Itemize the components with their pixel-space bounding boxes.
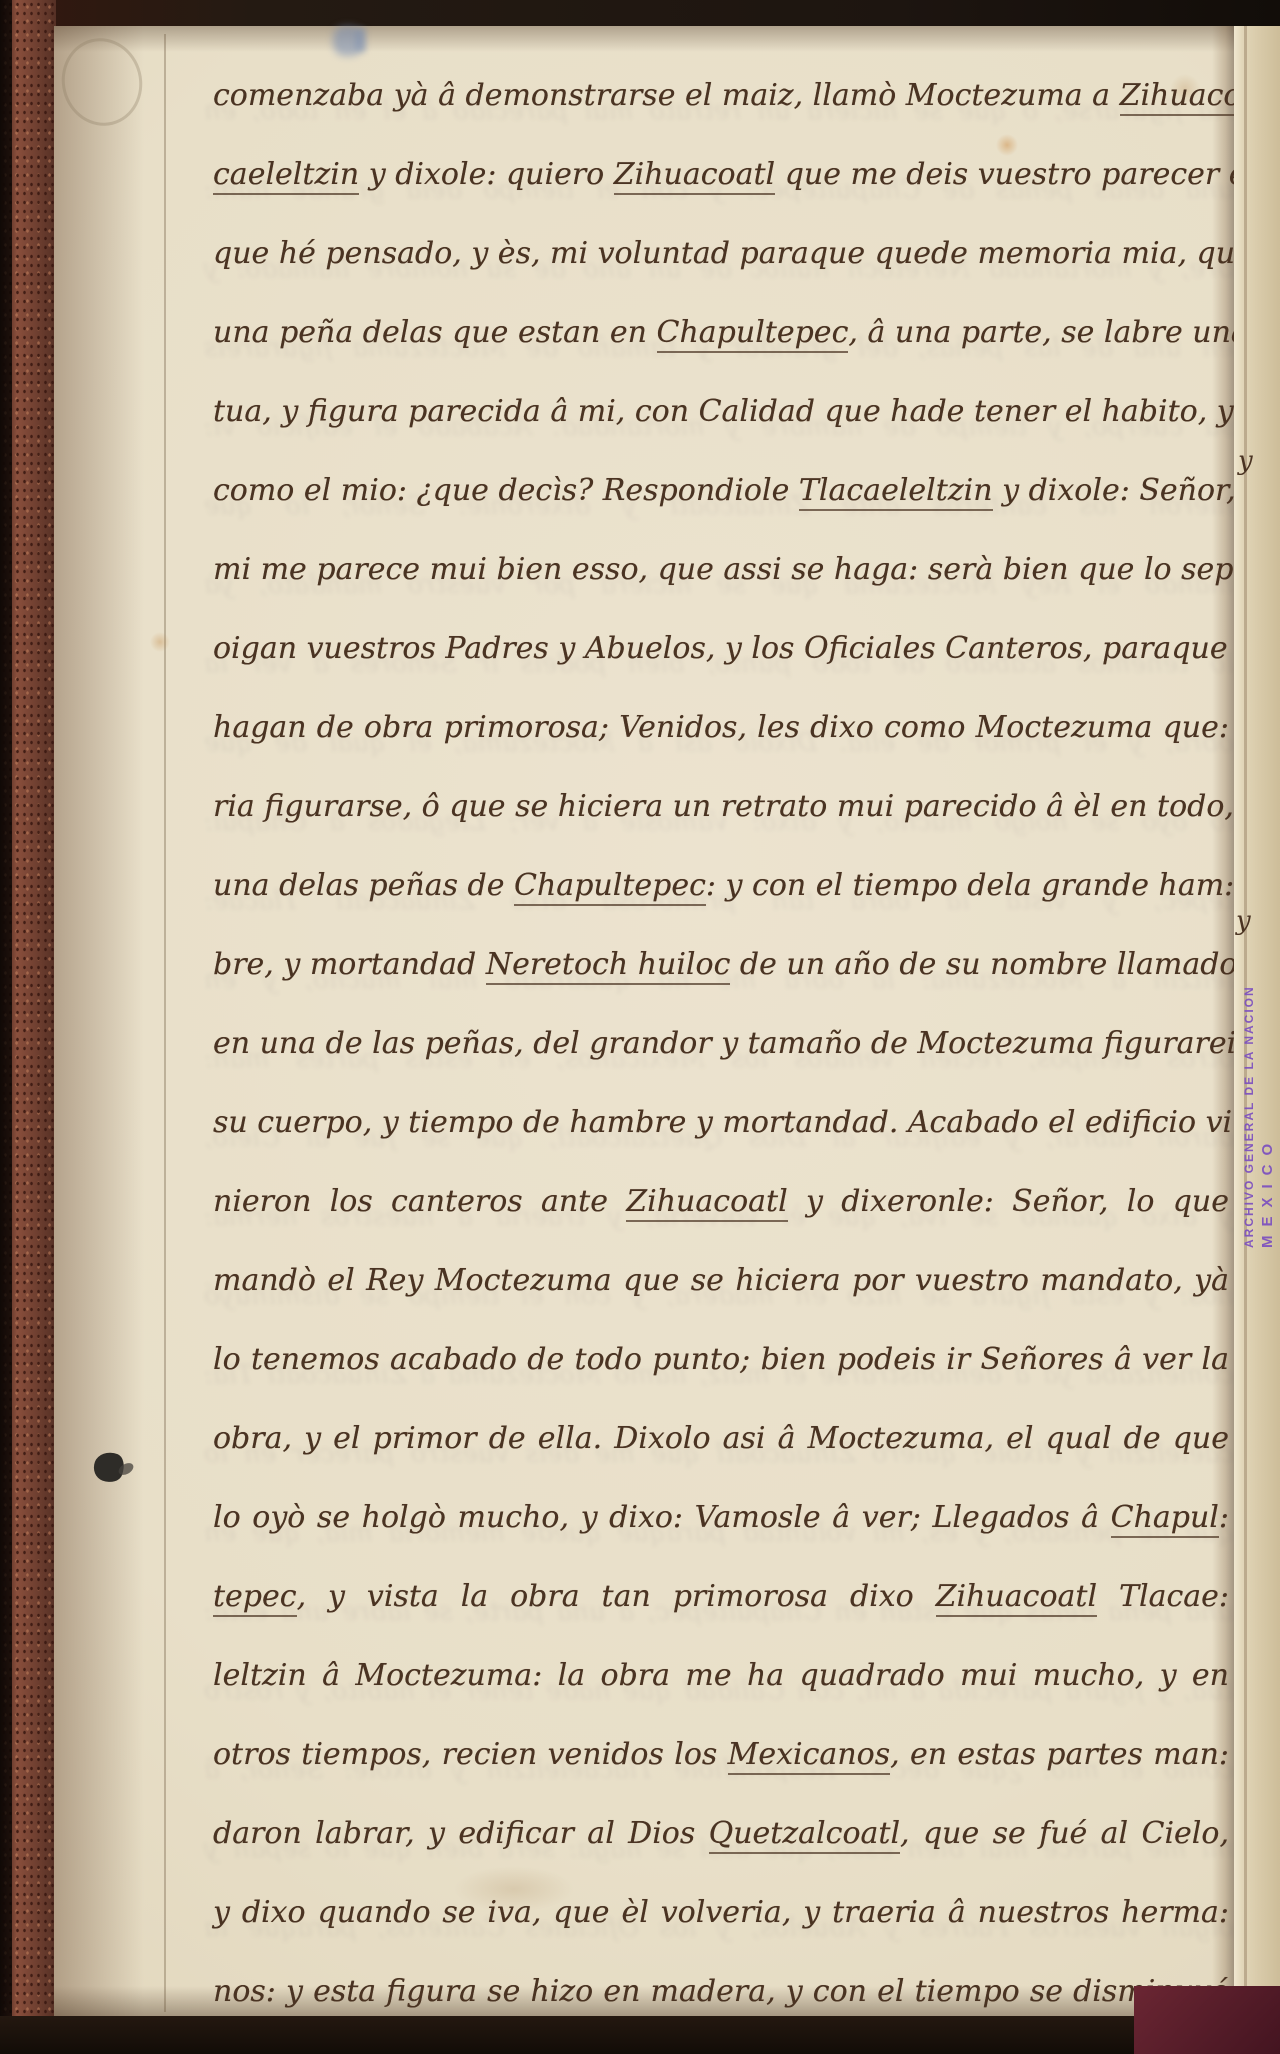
underlined-word: Chapultepec xyxy=(657,315,849,353)
archive-stamp-text: MEXICO xyxy=(1259,948,1276,1248)
manuscript-line: tepec, y vista la obra tan primorosa dix… xyxy=(213,1557,1229,1636)
manuscript-line: mandò el Rey Moctezuma que se hiciera po… xyxy=(213,1241,1229,1320)
manuscript-line: una peña delas que estan en Chapultepec,… xyxy=(213,293,1229,372)
paper-stain xyxy=(150,632,170,652)
text-segment: una peña delas que estan en xyxy=(213,315,657,350)
table-surface-top xyxy=(0,0,1280,27)
text-segment: que hé pensado, y ès, mi voluntad paraqu… xyxy=(213,236,1280,271)
manuscript-line: nos: y esta figura se hizo en madera, y … xyxy=(213,1952,1229,2031)
text-segment: y dixole: Señor, â xyxy=(993,473,1263,508)
text-segment: nieron los canteros ante xyxy=(213,1184,626,1219)
text-segment: , que se fué al Cielo, xyxy=(900,1816,1229,1851)
text-segment: leltzin â Moctezuma: la obra me ha quadr… xyxy=(213,1658,1229,1693)
text-segment: de un año de su nombre llamado: y xyxy=(730,947,1274,982)
text-segment: : xyxy=(1219,1500,1229,1535)
text-segment: : y con el tiempo dela grande ham: xyxy=(706,868,1234,903)
archive-stamp: ARCHIVO GENERAL DE LA NACION MEXICO xyxy=(1242,948,1280,1248)
text-segment: una delas peñas de xyxy=(213,868,514,903)
manuscript-line: hagan de obra primorosa; Venidos, les di… xyxy=(213,688,1229,767)
manuscript-line: como el mio: ¿que decìs? Respondiole Tla… xyxy=(213,451,1229,530)
underlined-word: Tlacaeleltzin xyxy=(799,473,993,511)
underlined-word: Mexicanos xyxy=(728,1737,890,1775)
text-segment: que me deis vuestro parecer en lo xyxy=(775,157,1280,192)
manuscript-line: mi me parece mui bien esso, que assi se … xyxy=(213,530,1229,609)
manuscript-line: que hé pensado, y ès, mi voluntad paraqu… xyxy=(213,214,1229,293)
text-segment: mi me parece mui bien esso, que assi se … xyxy=(213,552,1280,587)
underlined-word: Zihuacoatl xyxy=(626,1184,787,1222)
text-segment: ria figurarse, ô que se hiciera un retra… xyxy=(213,789,1280,824)
manuscript-line: tua, y figura parecida â mi, con Calidad… xyxy=(213,372,1229,451)
underlined-word: caeleltzin xyxy=(213,157,359,195)
manuscript-page: ria figurarse, ô que se hiciera un retra… xyxy=(54,26,1234,2020)
manuscript-line: ria figurarse, ô que se hiciera un retra… xyxy=(213,767,1229,846)
text-segment: oigan vuestros Padres y Abuelos, y los O… xyxy=(213,631,1265,666)
manuscript-line: lo oyò se holgò mucho, y dixo: Vamosle â… xyxy=(213,1478,1229,1557)
manuscript-photo: ria figurarse, ô que se hiciera un retra… xyxy=(0,0,1280,2054)
underlined-word: Chapul xyxy=(1111,1500,1219,1538)
manuscript-line: caeleltzin y dixole: quiero Zihuacoatl q… xyxy=(213,135,1229,214)
text-segment: hagan de obra primorosa; Venidos, les di… xyxy=(213,710,1229,745)
text-segment: , â una parte, se labre una esta: xyxy=(848,315,1280,350)
text-segment: obra, y el primor de ella. Dixolo asi â … xyxy=(213,1421,1229,1456)
adjacent-text-fragment: y xyxy=(1236,906,1251,936)
manuscript-line: su cuerpo, y tiempo de hambre y mortanda… xyxy=(213,1083,1229,1162)
adjacent-text-fragment: y xyxy=(1238,446,1253,476)
text-segment: Tlacae: xyxy=(1097,1579,1229,1614)
text-segment: nos: y esta figura se hizo en madera, y … xyxy=(213,1974,1229,2009)
book-cover-corner xyxy=(1134,1986,1280,2054)
underlined-word: tepec xyxy=(213,1579,297,1617)
text-segment: lo oyò se holgò mucho, y dixo: Vamosle â… xyxy=(213,1500,1111,1535)
blue-ink-smudge xyxy=(356,28,366,52)
underlined-word: Zihuacoatl xyxy=(936,1579,1097,1617)
text-segment: , y vista la obra tan primorosa dixo xyxy=(297,1579,936,1614)
underlined-word: Quetzalcoatl xyxy=(709,1816,900,1854)
underlined-word: Zihuacoatl xyxy=(614,157,775,195)
text-segment: lo tenemos acabado de todo punto; bien p… xyxy=(213,1342,1229,1377)
manuscript-line: oigan vuestros Padres y Abuelos, y los O… xyxy=(213,609,1229,688)
manuscript-line: nieron los canteros ante Zihuacoatl y di… xyxy=(213,1162,1229,1241)
gutter-shadow xyxy=(54,26,144,2020)
text-segment: y dixo quando se iva, que èl volveria, y… xyxy=(213,1895,1229,1930)
manuscript-line: en una de las peñas, del grandor y tamañ… xyxy=(213,1004,1229,1083)
text-segment: otros tiempos, recien venidos los xyxy=(213,1737,728,1772)
manuscript-line: y dixo quando se iva, que èl volveria, y… xyxy=(213,1873,1229,1952)
manuscript-line: leltzin â Moctezuma: la obra me ha quadr… xyxy=(213,1636,1229,1715)
text-segment: mandò el Rey Moctezuma que se hiciera po… xyxy=(213,1263,1229,1298)
margin-rule-line xyxy=(164,34,166,2012)
underlined-word: Chapultepec xyxy=(514,868,706,906)
manuscript-text-block: comenzaba yà â demonstrarse el maiz, lla… xyxy=(213,56,1229,2031)
text-segment: como el mio: ¿que decìs? Respondiole xyxy=(213,473,799,508)
text-segment: tua, y figura parecida â mi, con Calidad… xyxy=(213,394,1280,429)
manuscript-line: daron labrar, y edificar al Dios Quetzal… xyxy=(213,1794,1229,1873)
underlined-word: Neretoch huiloc xyxy=(486,947,731,985)
text-segment: comenzaba yà â demonstrarse el maiz, lla… xyxy=(213,78,1120,113)
text-segment: bre, y mortandad xyxy=(213,947,486,982)
text-segment: y dixole: quiero xyxy=(359,157,614,192)
archive-stamp-text: ARCHIVO GENERAL DE LA NACION xyxy=(1242,948,1256,1248)
manuscript-line: otros tiempos, recien venidos los Mexica… xyxy=(213,1715,1229,1794)
text-segment: daron labrar, y edificar al Dios xyxy=(213,1816,709,1851)
text-segment: , en estas partes man: xyxy=(890,1737,1229,1772)
page-top-shadow xyxy=(54,26,1234,52)
manuscript-line: obra, y el primor de ella. Dixolo asi â … xyxy=(213,1399,1229,1478)
manuscript-line: una delas peñas de Chapultepec: y con el… xyxy=(213,846,1229,925)
manuscript-line: lo tenemos acabado de todo punto; bien p… xyxy=(213,1320,1229,1399)
adjacent-page-edge: y y ARCHIVO GENERAL DE LA NACION MEXICO xyxy=(1234,26,1280,1988)
spine-shadow xyxy=(0,0,12,2054)
manuscript-line: comenzaba yà â demonstrarse el maiz, lla… xyxy=(213,56,1229,135)
text-segment: su cuerpo, y tiempo de hambre y mortanda… xyxy=(213,1105,1242,1140)
text-segment: y dixeronle: Señor, lo que xyxy=(788,1184,1229,1219)
text-segment: en una de las peñas, del grandor y tamañ… xyxy=(213,1026,1252,1061)
manuscript-line: bre, y mortandad Neretoch huiloc de un a… xyxy=(213,925,1229,1004)
